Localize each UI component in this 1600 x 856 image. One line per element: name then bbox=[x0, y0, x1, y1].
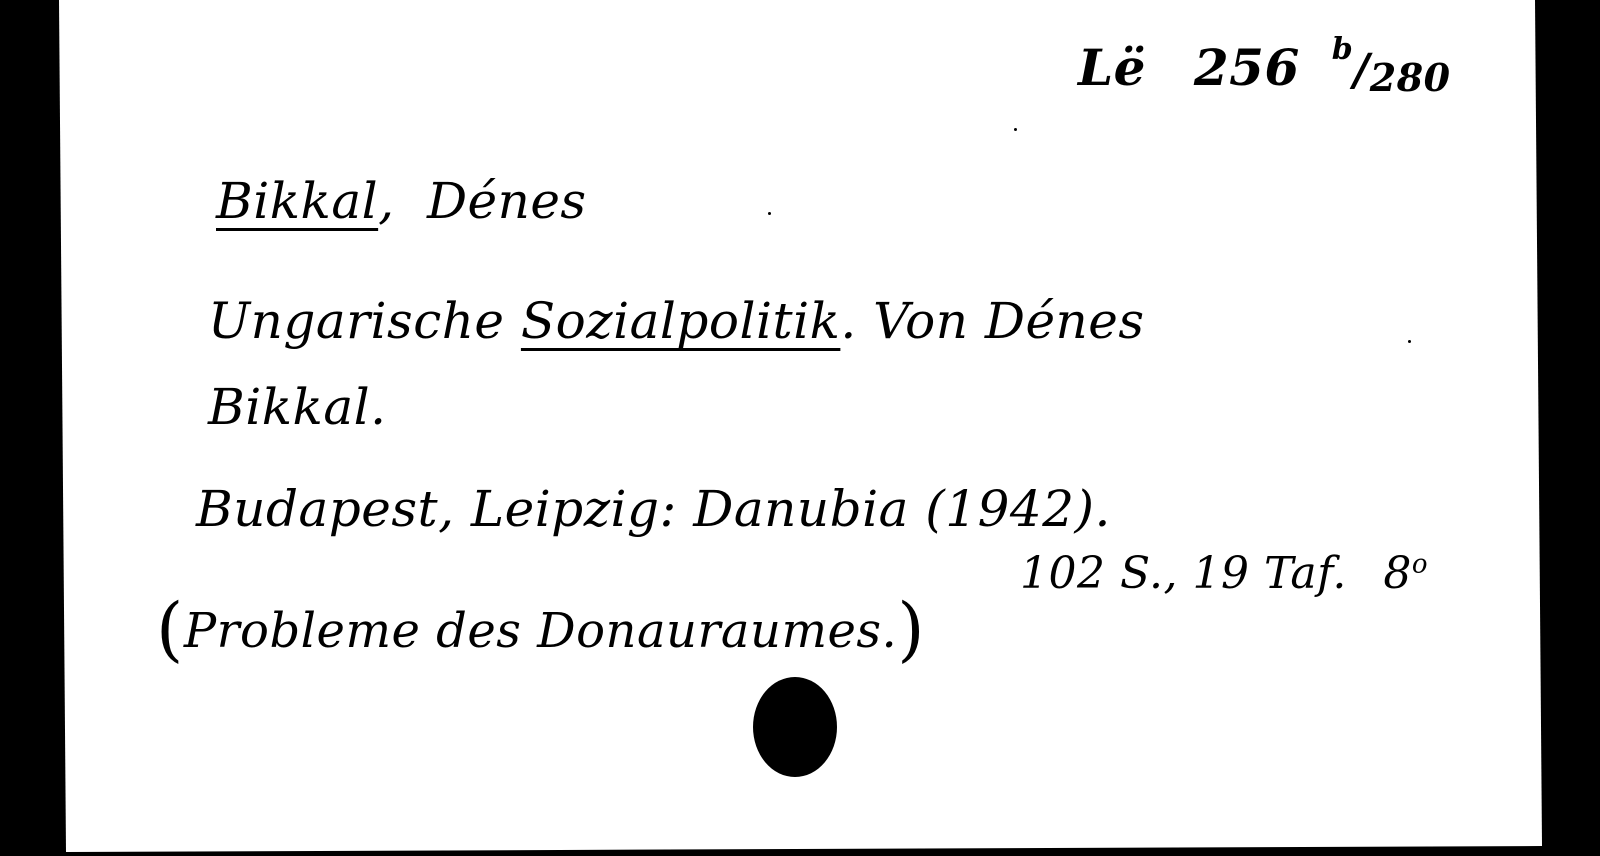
speck bbox=[768, 212, 771, 215]
shelfmark-number: 256 bbox=[1194, 38, 1300, 97]
collation: 102 S., 19 Taf. 8o bbox=[1020, 548, 1428, 599]
series-title: Probleme des Donauraumes. bbox=[184, 603, 897, 659]
collation-format: 8o bbox=[1383, 548, 1428, 599]
author-heading: Bikkal, Dénes bbox=[216, 172, 587, 230]
shelfmark-denominator: 280 bbox=[1370, 55, 1451, 100]
punch-hole bbox=[753, 677, 837, 777]
series-statement: (Probleme des Donauraumes.) bbox=[156, 588, 925, 670]
imprint: Budapest, Leipzig: Danubia (1942). bbox=[196, 480, 1111, 538]
speck bbox=[1408, 340, 1411, 343]
shelfmark-superscript: b bbox=[1332, 32, 1353, 67]
title-line-2: Bikkal. bbox=[208, 378, 387, 436]
shelfmark: Lë 256 b/280 bbox=[1078, 32, 1451, 100]
author-surname: Bikkal bbox=[216, 172, 378, 230]
shelfmark-prefix: Lë bbox=[1078, 38, 1146, 97]
title-line-1: Ungarische Sozialpolitik. Von Dénes bbox=[208, 292, 1145, 350]
catalog-card: Lë 256 b/280 Bikkal, Dénes Ungarische So… bbox=[0, 0, 1600, 856]
title-keyword: Sozialpolitik bbox=[521, 292, 840, 350]
speck bbox=[1014, 128, 1017, 131]
author-given-name: Dénes bbox=[427, 172, 587, 230]
collation-pages: 102 S., 19 Taf. bbox=[1020, 548, 1347, 599]
